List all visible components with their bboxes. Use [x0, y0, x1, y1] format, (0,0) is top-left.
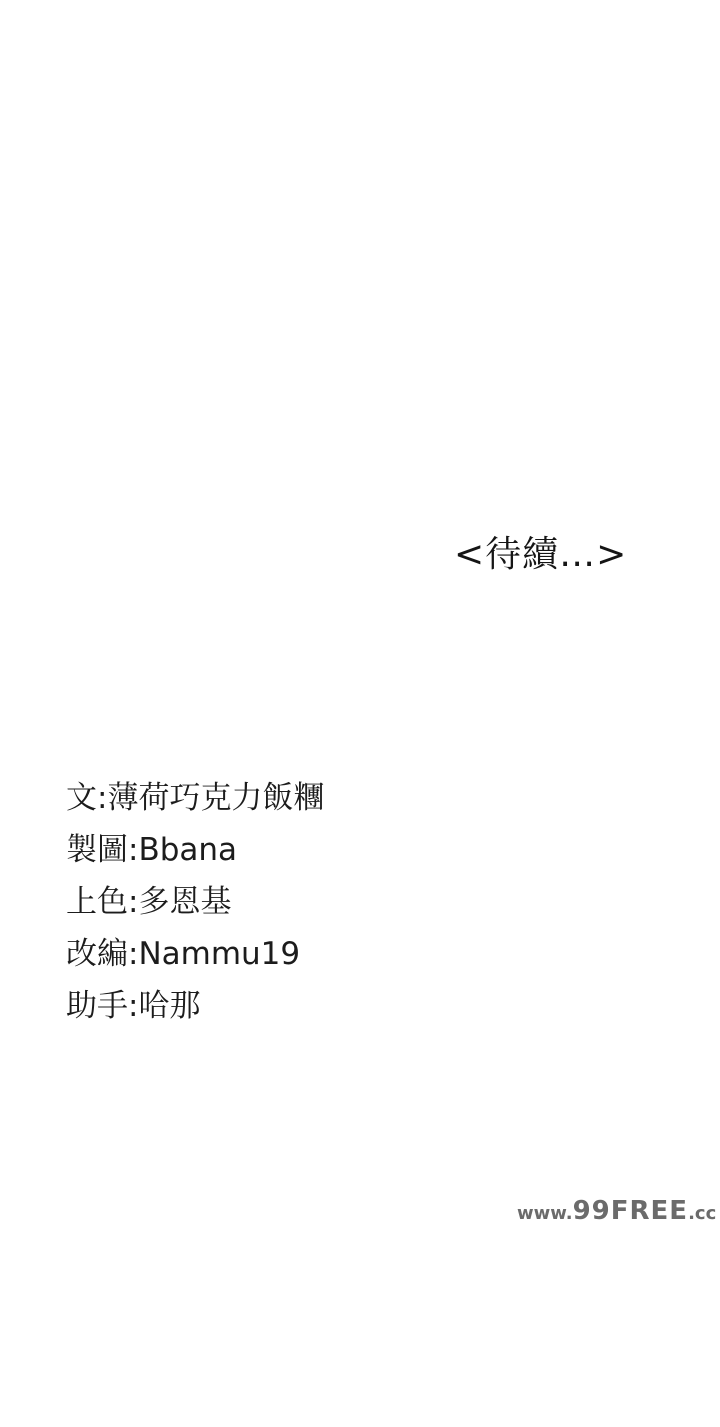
credit-line-colorist: 上色:多恩基	[66, 876, 324, 928]
credit-role: 上色	[66, 884, 128, 920]
credit-name: 多恩基	[138, 884, 231, 920]
credit-line-adaptation: 改編:Nammu19	[66, 928, 324, 980]
credit-role: 助手	[66, 988, 128, 1024]
credit-separator: :	[128, 884, 138, 920]
credits-list: 文:薄荷巧克力飯糰 製圖:Bbana 上色:多恩基 改編:Nammu19 助手:…	[66, 772, 324, 1032]
credit-separator: :	[128, 832, 138, 868]
credit-separator: :	[128, 988, 138, 1024]
credit-line-assistant: 助手:哈那	[66, 980, 324, 1032]
site-watermark: www.99FREE.cc	[517, 1196, 716, 1229]
credit-name: Nammu19	[138, 936, 300, 972]
credit-name: Bbana	[138, 832, 237, 868]
credit-line-writer: 文:薄荷巧克力飯糰	[66, 772, 324, 824]
credit-role: 製圖	[66, 832, 128, 868]
watermark-brand: 99FREE	[573, 1196, 688, 1226]
credit-name: 哈那	[138, 988, 200, 1024]
to-be-continued-label: <待續…>	[454, 530, 627, 580]
credit-separator: :	[97, 780, 107, 816]
credit-role: 改編	[66, 936, 128, 972]
credit-name: 薄荷巧克力飯糰	[107, 780, 324, 816]
credit-separator: :	[128, 936, 138, 972]
watermark-suffix: .cc	[688, 1203, 716, 1224]
watermark-prefix: www.	[517, 1203, 573, 1224]
credit-line-artist: 製圖:Bbana	[66, 824, 324, 876]
credit-role: 文	[66, 780, 97, 816]
